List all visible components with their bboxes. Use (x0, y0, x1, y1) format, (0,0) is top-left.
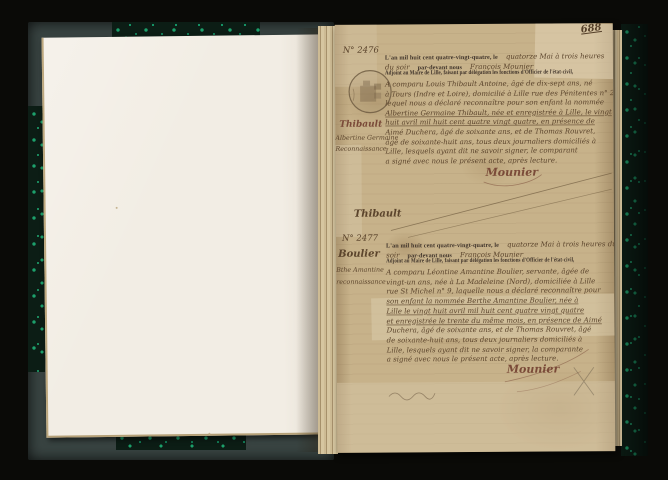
act2-ms-date: quatorze Mai à trois heures du (507, 240, 615, 249)
act2-printed-delegation: Adjoint au Maire de Lille, faisant par d… (386, 256, 574, 265)
pencil-cross-mark (574, 367, 594, 395)
blank-left-page (42, 34, 337, 438)
act2-body-line: son enfant la nommée Berthe Amantine Bou… (386, 296, 578, 305)
act2-body-line: rue St Michel n° 9, laquelle nous a décl… (386, 287, 600, 296)
act1-body-line: lequel nous a déclaré reconnaître pour s… (385, 98, 604, 107)
scanned-register-photo: 688 N° 2476 Thibault Albertine Germaine … (0, 0, 668, 480)
act2-body-line: Lille, lesquels ayant dit ne savoir sign… (387, 345, 583, 354)
paper-speck (208, 433, 210, 435)
act1-body-line: A comparu Louis Thibault Antoine, âgé de… (385, 79, 592, 88)
act1-closing-line-2 (408, 189, 612, 237)
paper-speck (116, 207, 118, 209)
act1-body-line: Lille, lesquels ayant dit ne savoir sign… (385, 147, 577, 156)
act1-margin-act-type: Reconnaissance (335, 146, 386, 154)
act1-number: N° 2476 (343, 47, 379, 55)
act2-margin-signature-thibault: Thibault (354, 210, 402, 218)
act2-body-line: A comparu Léontine Amantine Boulier, ser… (386, 267, 589, 276)
act2-body-line: Lille le vingt huit avril mil huit cent … (386, 306, 584, 315)
act2-body-line: et enregistrée le trente du même mois, e… (386, 316, 601, 325)
register-right-page: 688 N° 2476 Thibault Albertine Germaine … (335, 23, 616, 453)
act1-body-line: a signé avec nous le présent acte, après… (386, 156, 558, 165)
act1-margin-surname: Thibault (339, 121, 382, 129)
act2-body-line: Duchera, âgé de soixante ans, et de Thom… (387, 325, 592, 334)
act2-body-line: de soixante-huit ans, tous deux journali… (387, 335, 583, 344)
act2-number: N° 2477 (342, 235, 378, 243)
illegible-ink-note (389, 393, 435, 400)
act1-body-line: Aimé Duchera, âgé de soixante ans, et de… (385, 127, 595, 136)
act1-body-line: huit avril mil huit cent quatre vingt qu… (385, 118, 595, 127)
act1-body-line: à Tours (Indre et Loire), domicilié à Li… (385, 89, 615, 98)
act2-margin-child-names: Bthe Amantine (336, 267, 384, 275)
act1-printed-delegation: Adjoint au Maire de Lille, faisant par d… (385, 68, 573, 77)
left-page-sheen (44, 34, 337, 435)
act2-margin-act-type: reconnaissance (336, 279, 386, 287)
folio-number: 688 (580, 24, 602, 35)
act1-body-line: âgé de soixante-huit ans, tous deux jour… (385, 137, 596, 146)
act1-closing-line (391, 173, 612, 230)
act2-officer-signature: Mounier (507, 365, 560, 373)
act1-body-line: Albertine Germaine Thibault, née et enre… (385, 108, 612, 117)
act2-margin-surname: Boulier (338, 251, 380, 259)
act2-body-line: vingt-un ans, née à La Madeleine (Nord),… (386, 277, 595, 286)
right-board-shadow (621, 24, 648, 456)
act1-officer-signature: Mounier (486, 169, 539, 177)
